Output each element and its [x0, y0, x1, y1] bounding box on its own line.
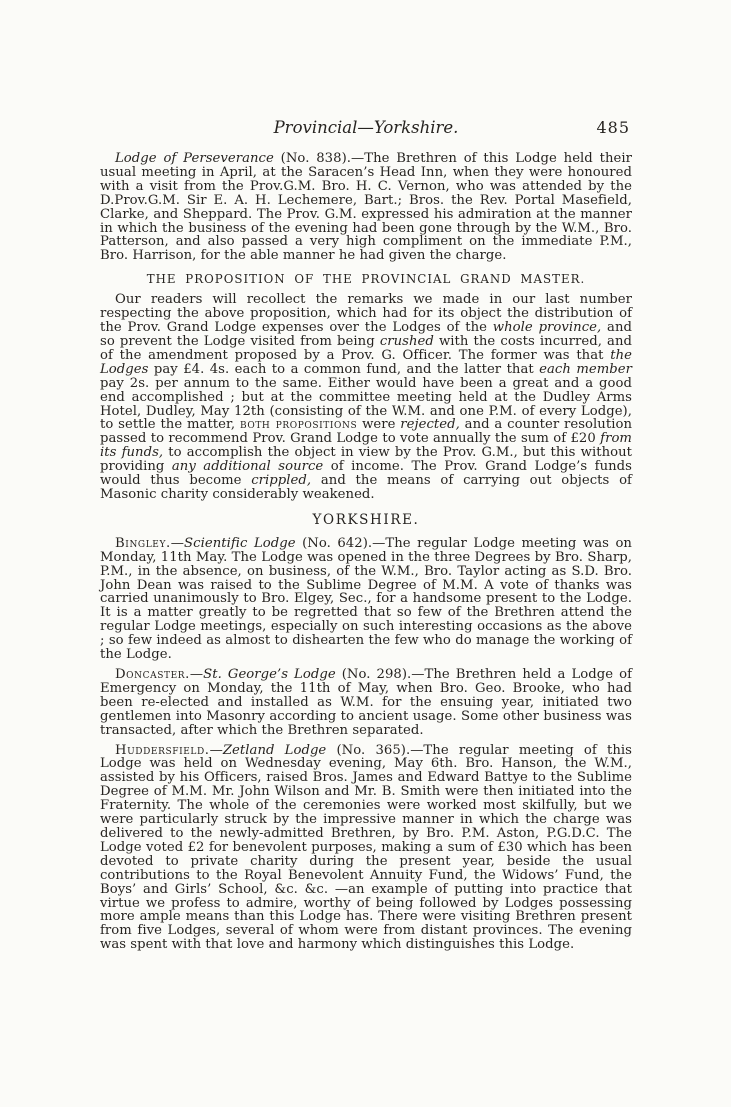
text-run: — [210, 743, 223, 758]
paragraph-huddersfield: Huddersfield.—Zetland Lodge (No. 365).—T… [100, 744, 632, 953]
paragraph-proposition: Our readers will recollect the remarks w… [100, 293, 632, 502]
text-column: Provincial—Yorkshire. 485 Lodge of Perse… [100, 118, 632, 958]
paragraph-lodge-of-perseverance: Lodge of Perseverance (No. 838).—The Bre… [100, 152, 632, 263]
lodge-name-text: Lodge of Perseverance [115, 151, 274, 166]
text-run: — [190, 667, 203, 682]
emphasis-text: each member [539, 362, 632, 377]
lodge-name-text: Zetland Lodge [223, 743, 326, 758]
emphasis-text: rejected, [400, 417, 460, 432]
paragraph-doncaster: Doncaster.—St. George’s Lodge (No. 298).… [100, 668, 632, 738]
text-run: were [357, 417, 400, 432]
text-run: (No. 642).—The regular Lodge meeting was… [100, 536, 632, 662]
document-page: Provincial—Yorkshire. 485 Lodge of Perse… [0, 0, 731, 1107]
town-name-text: Huddersfield. [115, 743, 210, 758]
emphasis-text: crippled, [251, 473, 311, 488]
text-run: (No. 838).—The Brethren of this Lodge he… [100, 151, 632, 263]
text-run: pay £4. 4s. each to a common fund, and t… [148, 362, 539, 377]
text-run: (No. 365).—The regular meeting of this L… [100, 743, 632, 953]
lodge-name-text: St. George’s Lodge [203, 667, 336, 682]
paragraph-bingley: Bingley.—Scientific Lodge (No. 642).—The… [100, 537, 632, 662]
town-name-text: Bingley. [115, 536, 171, 551]
text-run: — [171, 536, 184, 551]
emphasis-text: whole province, [493, 320, 601, 335]
town-name-text: Doncaster. [115, 667, 190, 682]
running-title: Provincial—Yorkshire. [274, 118, 459, 137]
emphasis-text: any additional source [172, 459, 323, 474]
page-number: 485 [596, 118, 630, 138]
heading-yorkshire: YORKSHIRE. [100, 512, 632, 528]
page-header: Provincial—Yorkshire. 485 [100, 118, 632, 138]
heading-proposition: THE PROPOSITION OF THE PROVINCIAL GRAND … [100, 272, 632, 286]
emphasis-text: crushed [380, 334, 434, 349]
lodge-name-text: Scientific Lodge [184, 536, 296, 551]
smallcaps-text: both propositions [240, 417, 357, 432]
